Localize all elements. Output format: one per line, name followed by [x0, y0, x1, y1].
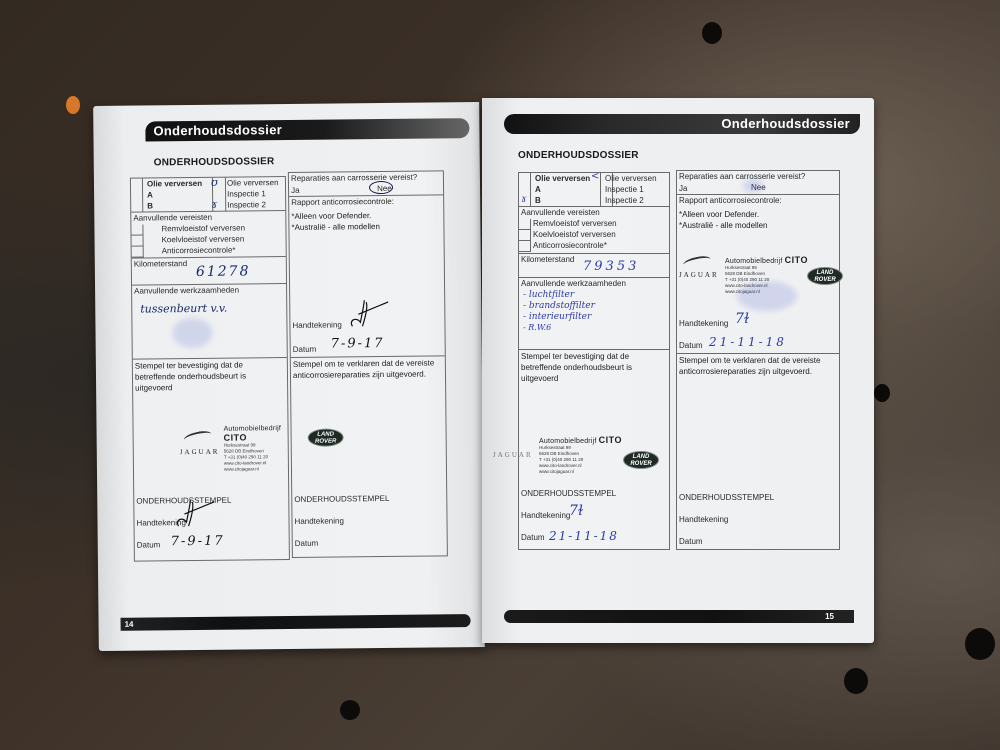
- inspection-option: Inspectie 2: [605, 196, 644, 205]
- odometer-value: 61278: [196, 263, 251, 280]
- date-label: Datum: [521, 533, 545, 542]
- form-title: ONDERHOUDSDOSSIER: [518, 150, 639, 161]
- bodywork-column: Reparaties aan carrosserie vereist? Ja N…: [288, 170, 448, 558]
- date-value: 21-11-18: [709, 335, 787, 349]
- inspection-option: Inspectie 2: [227, 200, 266, 209]
- signature: [342, 298, 392, 331]
- additional-requirements-label: Aanvullende vereisten: [133, 213, 212, 223]
- surface-hole: [702, 22, 722, 44]
- date-label: Datum: [679, 341, 703, 350]
- check-mark: ɤ: [211, 198, 217, 211]
- surface-hole: [874, 384, 890, 402]
- inspection-option: Inspectie 1: [605, 185, 644, 194]
- jaguar-brand: JAGUAR: [493, 451, 533, 459]
- additional-work-entry: - brandstoffilter: [523, 301, 595, 311]
- jaguar-logo-icon: [682, 254, 711, 270]
- date-label: Datum: [295, 539, 319, 548]
- service-column: Olie verversen A B Olie verversen Inspec…: [518, 172, 670, 550]
- date-label: Datum: [679, 537, 703, 546]
- additional-work-entry: - luchtfilter: [523, 290, 574, 300]
- anticorrosion-stamp-text: Stempel om te verklaren dat de vereiste …: [679, 355, 839, 377]
- signature-label: Handtekening: [521, 511, 570, 520]
- land-rover-logo: LAND ROVER: [623, 451, 659, 469]
- inspection-option: Olie verversen: [605, 174, 657, 183]
- check-mark: <: [591, 171, 599, 182]
- section-header: Onderhoudsdossier: [145, 118, 469, 141]
- service-option: Olie verversen: [147, 179, 202, 189]
- land-rover-logo: LAND ROVER: [807, 267, 843, 285]
- additional-work-entry: tussenbeurt v.v.: [140, 302, 227, 316]
- anticorrosion-stamp-text: Stempel om te verklaren dat de vereiste …: [293, 357, 443, 381]
- signature-label: Handtekening: [294, 516, 343, 526]
- bodywork-question: Reparaties aan carrosserie vereist?: [291, 173, 417, 183]
- service-stamp-label: ONDERHOUDSSTEMPEL: [521, 489, 616, 498]
- page-14: Onderhoudsdossier ONDERHOUDSDOSSIER Olie…: [93, 102, 485, 651]
- bodywork-question: Reparaties aan carrosserie vereist?: [679, 172, 805, 181]
- date-value: 21-11-18: [549, 529, 619, 543]
- check-mark: ɤ: [521, 194, 527, 205]
- page-number: 15: [825, 612, 834, 621]
- signature: [168, 498, 218, 531]
- service-option: B: [535, 196, 541, 205]
- page-footer: 14: [121, 614, 471, 631]
- service-stamp-label: ONDERHOUDSSTEMPEL: [679, 493, 774, 502]
- additional-work-label: Aanvullende werkzaamheden: [134, 286, 239, 296]
- checkbox[interactable]: [131, 225, 143, 236]
- date-value: 7-9-17: [171, 534, 225, 550]
- odometer-value: 79353: [583, 259, 639, 274]
- service-option: B: [147, 201, 153, 210]
- rust-spot: [66, 96, 80, 114]
- additional-work-entry: - interieurfilter: [523, 312, 591, 322]
- service-option: A: [535, 185, 541, 194]
- section-header: Onderhoudsdossier: [504, 114, 860, 134]
- additional-requirements-label: Aanvullende vereisten: [521, 208, 600, 217]
- service-option: Olie verversen: [535, 174, 590, 183]
- service-stamp-label: ONDERHOUDSSTEMPEL: [294, 494, 389, 504]
- checkbox[interactable]: [132, 247, 144, 258]
- additional-work-entry: - R.W.6: [523, 323, 551, 332]
- signature-label: Handtekening: [292, 320, 341, 330]
- service-column: Olie verversen A B Olie verversen Inspec…: [130, 176, 290, 562]
- answer-yes: Ja: [291, 186, 300, 195]
- date-label: Datum: [137, 540, 161, 549]
- page-footer: 15: [504, 610, 854, 623]
- land-rover-logo: LAND ROVER: [308, 428, 344, 446]
- signature: 7ɫ: [735, 311, 749, 327]
- stamp-confirmation-text: Stempel ter bevestiging dat de betreffen…: [135, 359, 285, 394]
- jaguar-brand: JAGUAR: [180, 448, 220, 456]
- signature: 7ɫ: [569, 503, 583, 519]
- maintenance-booklet: Onderhoudsdossier ONDERHOUDSDOSSIER Olie…: [96, 96, 876, 644]
- surface-hole: [340, 700, 360, 720]
- anticorrosion-label: Rapport anticorrosiecontrole:: [291, 197, 394, 207]
- checkbox[interactable]: [132, 236, 144, 247]
- inspection-option: Inspectie 1: [227, 189, 266, 198]
- checkbox[interactable]: [519, 241, 531, 252]
- answer-yes: Ja: [679, 184, 687, 193]
- check-mark: ʊ: [211, 176, 218, 189]
- bodywork-column: Reparaties aan carrosserie vereist? Ja N…: [676, 170, 840, 550]
- surface-hole: [844, 668, 868, 694]
- additional-work-label: Aanvullende werkzaamheden: [521, 279, 626, 288]
- checkbox[interactable]: [519, 219, 531, 230]
- signature-label: Handtekening: [679, 319, 728, 328]
- odometer-label: Kilometerstand: [521, 255, 574, 264]
- jaguar-brand: JAGUAR: [679, 271, 719, 279]
- dealer-stamp: Automobielbedrijf CITO Hurksestraat 99 5…: [224, 425, 288, 473]
- page-number: 14: [125, 620, 134, 629]
- date-value: 7-9-17: [331, 336, 385, 352]
- odometer-label: Kilometerstand: [134, 259, 187, 269]
- date-label: Datum: [293, 345, 317, 354]
- inspection-option: Olie verversen: [227, 178, 279, 188]
- dealer-stamp: Automobielbedrijf CITO Hurksestraat 99 5…: [539, 435, 622, 475]
- jaguar-logo-icon: [183, 429, 213, 445]
- service-option: A: [147, 190, 153, 199]
- anticorrosion-label: Rapport anticorrosiecontrole:: [679, 196, 782, 205]
- signature-label: Handtekening: [679, 515, 728, 524]
- surface-hole: [965, 628, 995, 660]
- stamp-confirmation-text: Stempel ter bevestiging dat de betreffen…: [521, 351, 669, 384]
- form-title: ONDERHOUDSDOSSIER: [154, 156, 275, 168]
- page-15: Onderhoudsdossier ONDERHOUDSDOSSIER Olie…: [482, 98, 874, 643]
- checkbox[interactable]: [519, 230, 531, 241]
